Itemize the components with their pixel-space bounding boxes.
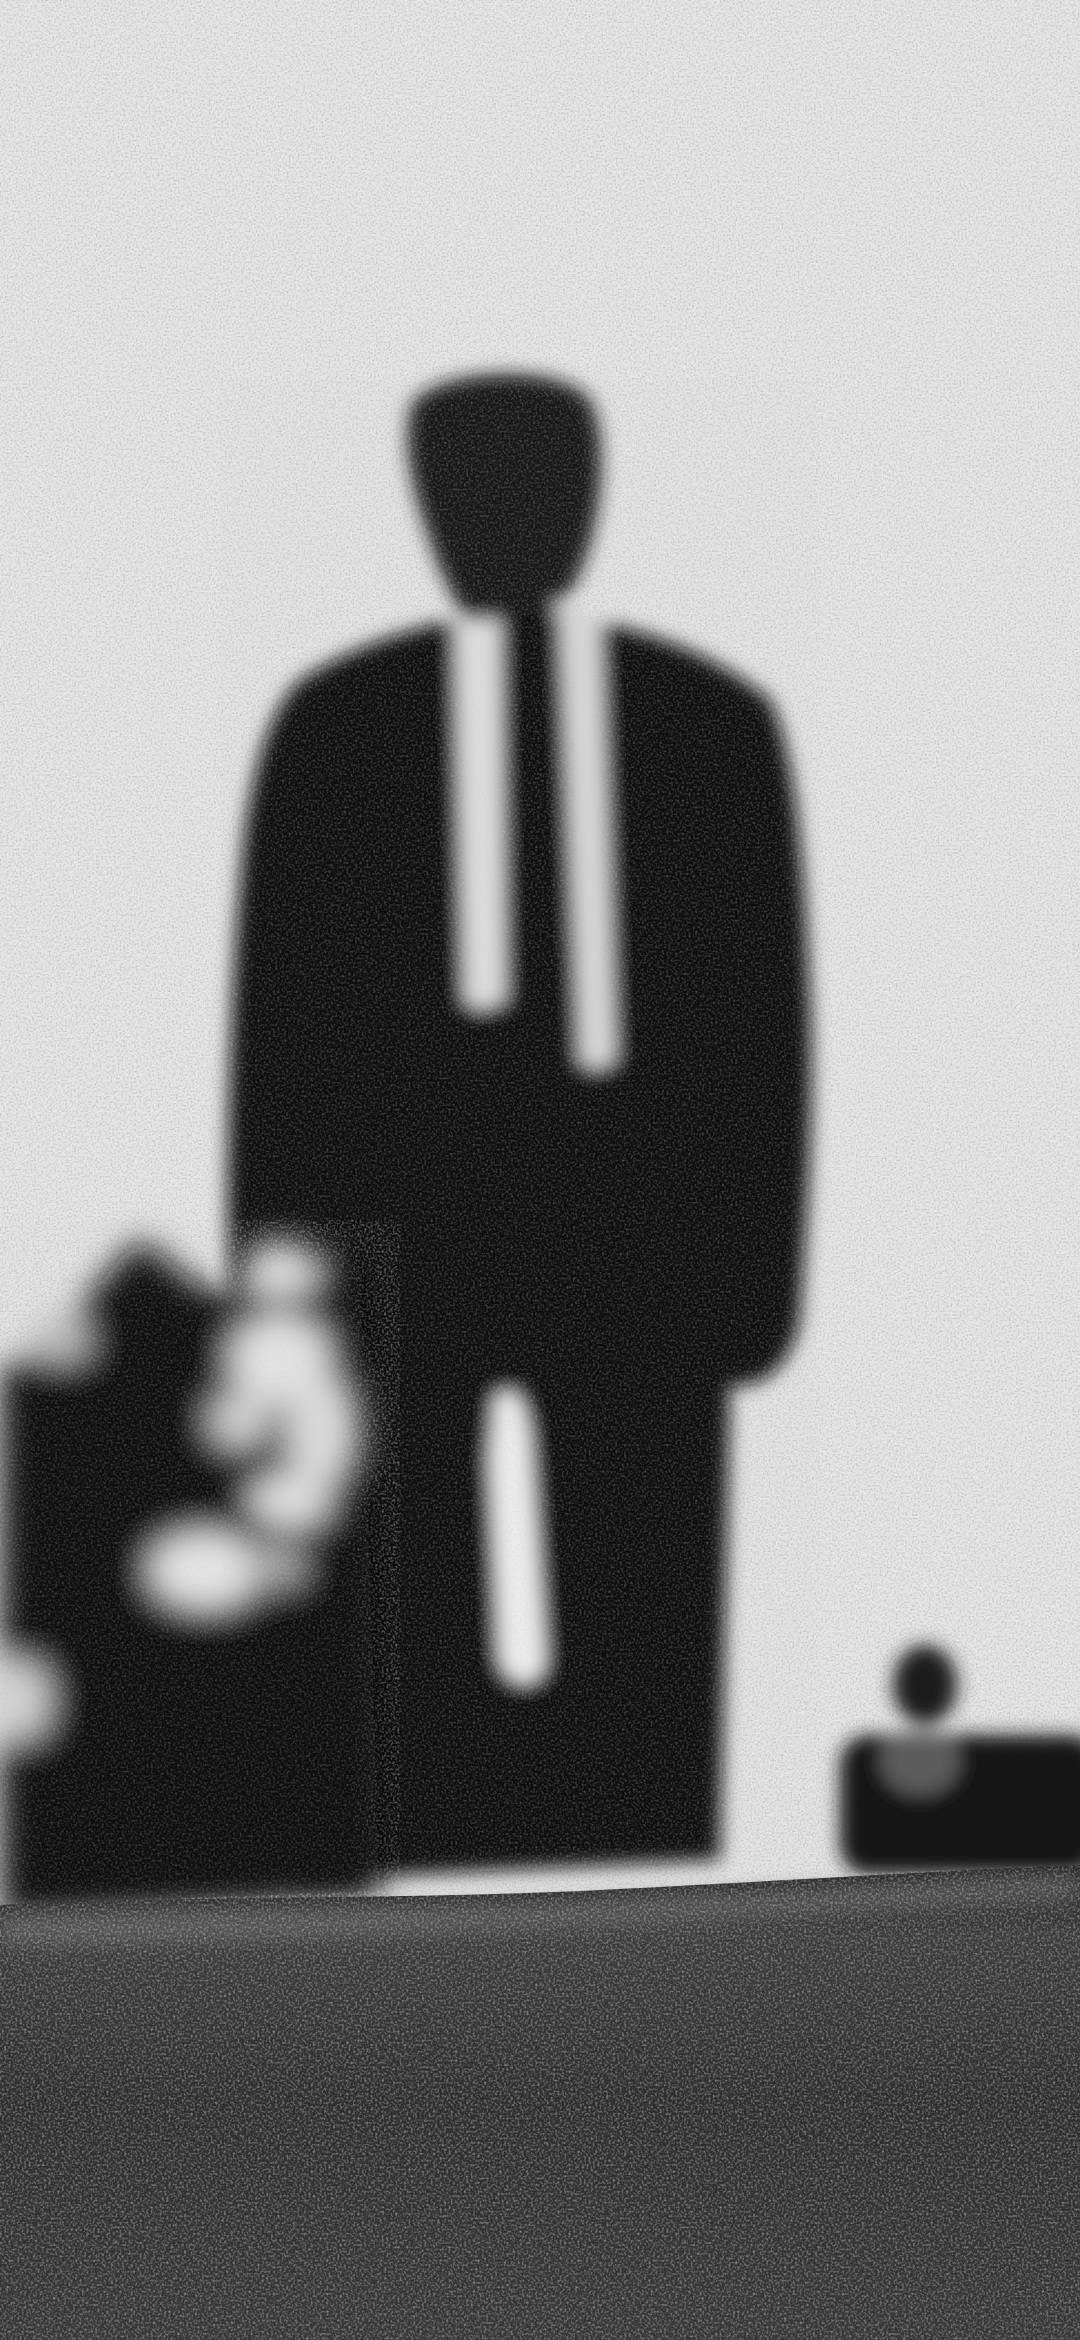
photograph	[0, 0, 1080, 2340]
foliage-grain	[0, 1220, 400, 1920]
grass-ground	[0, 1865, 1080, 2340]
ground-grain	[0, 1865, 1080, 2340]
foliage-bush	[0, 1220, 400, 1920]
